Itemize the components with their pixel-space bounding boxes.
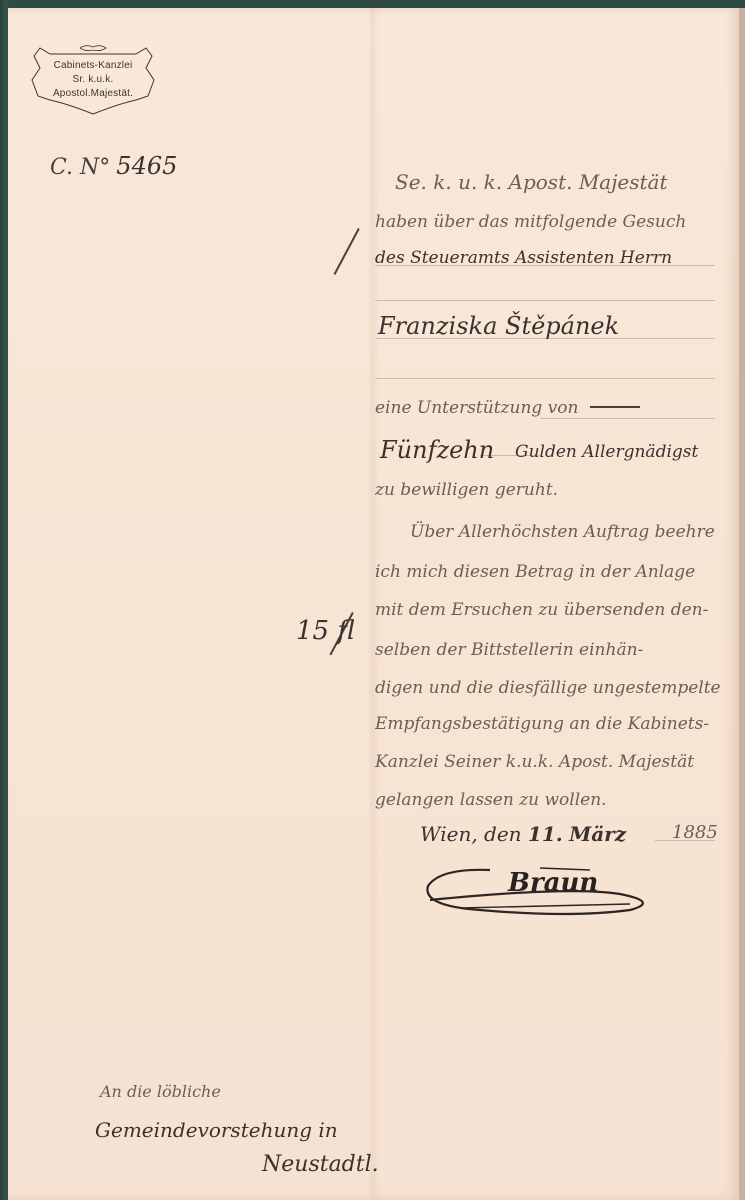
body-line-9: Über Allerhöchsten Auftrag beehre <box>410 522 715 542</box>
date-place: Wien, den <box>420 822 522 846</box>
ruled-line <box>540 418 715 419</box>
body-line-5: eine Unterstützung von <box>375 398 578 418</box>
addressee-line-3: Neustadtl. <box>262 1152 379 1177</box>
date-day: 11. <box>528 822 563 846</box>
body-line-14: Empfangsbestätigung an die Kabinets- <box>375 714 709 734</box>
body-line-10: ich mich diesen Betrag in der Anlage <box>375 562 695 582</box>
body-line-2: haben über das mitfolgende Gesuch <box>375 212 686 232</box>
ruled-line <box>375 300 715 301</box>
body-line-12: selben der Bittstellerin einhän- <box>375 640 643 660</box>
amount-words: Fünfzehn <box>380 436 494 464</box>
page-edge <box>739 8 745 1200</box>
body-line-15: Kanzlei Seiner k.u.k. Apost. Majestät <box>375 752 694 772</box>
margin-amount: 15 fl <box>296 616 355 646</box>
date-year: 1885 <box>672 822 718 843</box>
body-line-3: des Steueramts Assistenten Herrn <box>375 248 672 268</box>
body-line-7: Gulden Allergnädigst <box>515 442 698 462</box>
reference-number: C. N°5465 <box>50 152 177 180</box>
addressee-line-1: An die löbliche <box>100 1082 221 1101</box>
dash-mark <box>590 406 640 408</box>
reference-value: 5465 <box>116 152 177 180</box>
body-line-1: Se. k. u. k. Apost. Majestät <box>395 170 668 194</box>
stamp-line-1: Cabinets-Kanzlei <box>28 60 158 71</box>
date-month: März <box>569 822 626 846</box>
applicant-given-name: Franziska Štěpánek <box>378 312 619 340</box>
body-line-16: gelangen lassen zu wollen. <box>375 790 607 810</box>
reference-prefix: C. N° <box>50 155 110 180</box>
body-line-13: digen und die diesfällige ungestempelte <box>375 678 721 698</box>
stamp-line-3: Apostol.Majestät. <box>28 88 158 99</box>
signature-name: Braun <box>508 868 598 898</box>
stamp-line-2: Sr. k.u.k. <box>28 74 158 85</box>
chancellery-stamp: Cabinets-Kanzlei Sr. k.u.k. Apostol.Maje… <box>28 44 158 114</box>
body-line-8: zu bewilligen geruht. <box>375 480 558 500</box>
date-line: Wien, den 11. März <box>420 822 626 846</box>
addressee-line-2: Gemeindevorstehung in <box>95 1118 338 1142</box>
signature: Braun <box>420 858 660 938</box>
body-line-11: mit dem Ersuchen zu übersenden den- <box>375 600 708 620</box>
ruled-line <box>375 378 715 379</box>
